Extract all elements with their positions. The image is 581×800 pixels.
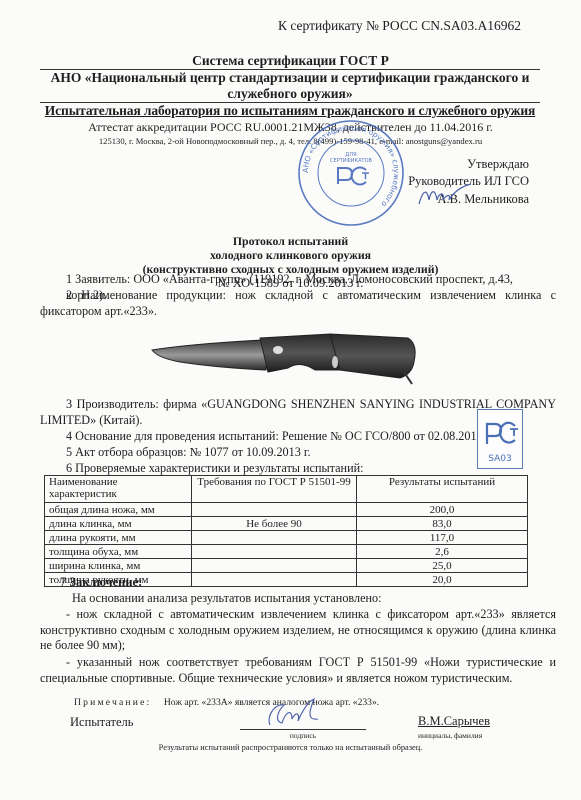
cell-requirement xyxy=(192,503,357,517)
stamp-center-bottom: СЕРТИФИКАТОВ xyxy=(330,158,372,164)
cell-requirement: Не более 90 xyxy=(192,517,357,531)
tester-name: В.М.Сарычев xyxy=(418,714,490,729)
note: Примечание: Нож арт. «233А» является ана… xyxy=(74,697,379,708)
svg-text:АНО «Сертификация оружия» служ: АНО «Сертификация оружия» служебного xyxy=(301,123,401,209)
table-row: общая длина ножа, мм200,0 xyxy=(45,503,528,517)
mark-code: SA03 xyxy=(488,454,512,464)
header-characteristic: Наименование характеристик xyxy=(45,476,192,503)
header-results: Результаты испытаний xyxy=(357,476,528,503)
stamp-ring-text: АНО «Сертификация оружия» служебного xyxy=(301,123,401,209)
tester-label: Испытатель xyxy=(70,715,133,730)
cell-characteristic: длина клинка, мм xyxy=(45,517,192,531)
cell-requirement xyxy=(192,573,357,587)
official-stamp-icon: АНО «Сертификация оружия» служебного ДЛЯ… xyxy=(296,118,406,228)
table-row: длина рукояти, мм117,0 xyxy=(45,531,528,545)
knife-photo xyxy=(150,322,420,387)
cell-result: 200,0 xyxy=(357,503,528,517)
conclusion-title: Заключение: xyxy=(69,575,142,589)
system-title: Система сертификации ГОСТ Р xyxy=(0,53,581,69)
header-requirements: Требования по ГОСТ Р 51501-99 xyxy=(192,476,357,503)
laboratory-name: Испытательная лаборатория по испытаниям … xyxy=(40,103,540,119)
rst-logo-icon xyxy=(338,168,369,185)
conclusion-heading: 7 Заключение: xyxy=(60,575,142,590)
protocol-title: Протокол испытаний xyxy=(0,234,581,248)
tester-signature-icon xyxy=(262,697,322,729)
table-row: толщина обуха, мм2,6 xyxy=(45,545,528,559)
cell-requirement xyxy=(192,545,357,559)
note-label: Примечание: xyxy=(74,697,151,708)
cell-result: 20,0 xyxy=(357,573,528,587)
signature-line xyxy=(240,729,366,730)
cell-characteristic: толщина обуха, мм xyxy=(45,545,192,559)
tester-name-caption: инициалы, фамилия xyxy=(418,731,482,740)
table-header-row: Наименование характеристик Требования по… xyxy=(45,476,528,503)
certificate-reference: К сертификату № РОСС CN.SA03.A16962 xyxy=(278,18,521,34)
protocol-subtitle: холодного клинкового оружия xyxy=(0,248,581,262)
results-table: Наименование характеристик Требования по… xyxy=(44,475,528,587)
conclusion-intro: На основании анализа результатов испытан… xyxy=(72,591,382,607)
conclusion-item-2: - указанный нож соответствует требования… xyxy=(40,655,556,686)
cell-characteristic: общая длина ножа, мм xyxy=(45,503,192,517)
certificate-document: К сертификату № РОСС CN.SA03.A16962 Сист… xyxy=(0,0,581,800)
cell-result: 117,0 xyxy=(357,531,528,545)
conclusion-number: 7 xyxy=(60,575,66,589)
cell-characteristic: ширина клинка, мм xyxy=(45,559,192,573)
conclusion-item-1: - нож складной с автоматическим извлечен… xyxy=(40,607,556,654)
cell-requirement xyxy=(192,531,357,545)
cell-result: 83,0 xyxy=(357,517,528,531)
footer-disclaimer: Результаты испытаний распространяются то… xyxy=(0,743,581,752)
table-row: ширина клинка, мм25,0 xyxy=(45,559,528,573)
cell-characteristic: длина рукояти, мм xyxy=(45,531,192,545)
signature-head-icon xyxy=(415,180,475,210)
test-basis-line: 4 Основание для проведения испытаний: Ре… xyxy=(66,429,492,445)
cell-result: 25,0 xyxy=(357,559,528,573)
organization-name: АНО «Национальный центр стандартизации и… xyxy=(40,70,540,102)
conformity-mark-icon: SA03 xyxy=(477,409,523,469)
sampling-act-line: 5 Акт отбора образцов: № 1077 от 10.09.2… xyxy=(66,445,311,461)
cell-result: 2,6 xyxy=(357,545,528,559)
product-name-line: 2 Наименование продукции: нож складной с… xyxy=(40,288,556,319)
cell-requirement xyxy=(192,559,357,573)
signature-caption: подпись xyxy=(240,731,366,740)
table-row: длина клинка, ммНе более 9083,0 xyxy=(45,517,528,531)
address-line: 125130, г. Москва, 2-ой Новоподмосковный… xyxy=(0,136,581,146)
accreditation-line: Аттестат аккредитации РОСС RU.0001.21МЖ3… xyxy=(0,120,581,135)
